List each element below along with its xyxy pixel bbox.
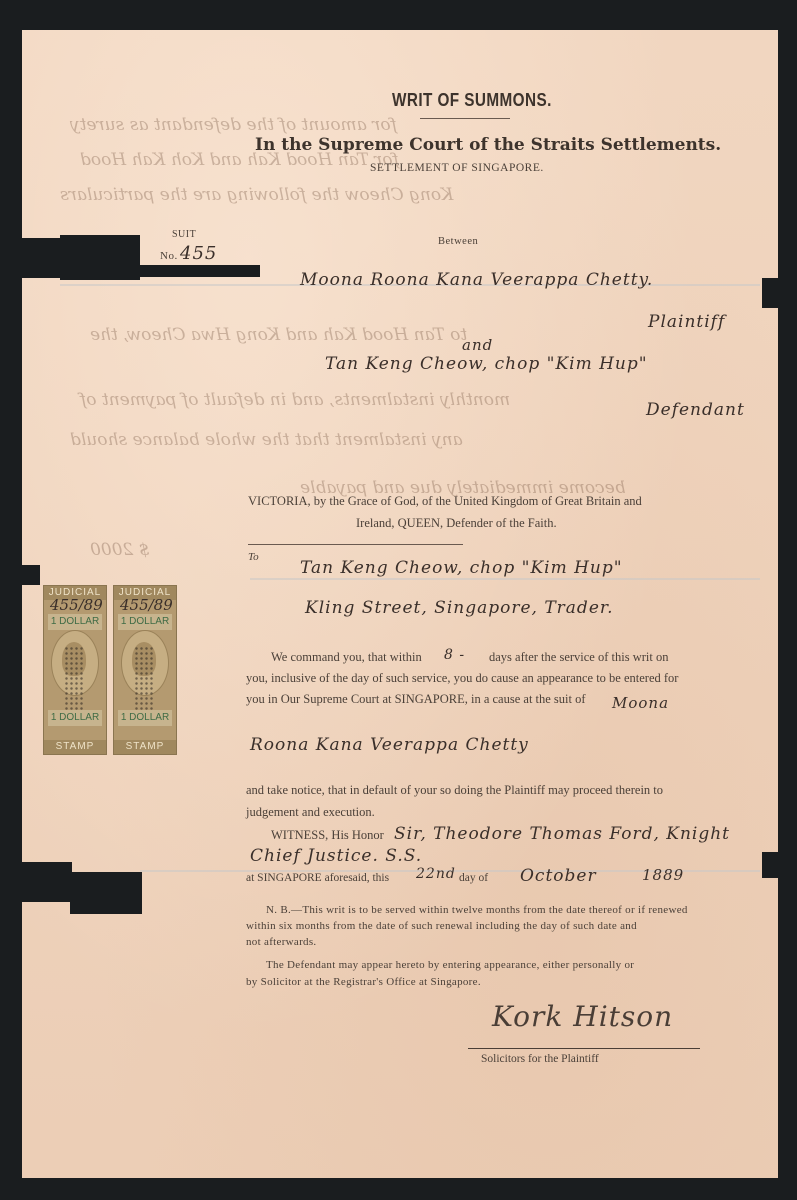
solicitors-label: Solicitors for the Plaintiff — [481, 1053, 599, 1065]
tear-right-lower — [762, 852, 782, 878]
command-text-line-3: you in Our Supreme Court at SINGAPORE, i… — [246, 692, 586, 707]
suitor-name-2: Roona Kana Veerappa Chetty — [250, 735, 529, 755]
tear-left-upper-3 — [140, 265, 260, 277]
stamp-value: 1 DOLLAR — [48, 710, 102, 726]
bleed-through-text: to Tan Hood Kah and Kong Hwa Cheow, the — [90, 325, 467, 345]
plaintiff-name: Moona Roona Kana Veerappa Chetty. — [300, 270, 653, 290]
appear-line-1: The Defendant may appear hereto by enter… — [266, 959, 634, 971]
court-heading: In the Supreme Court of the Straits Sett… — [255, 135, 721, 155]
command-text-1: We command you, that within — [271, 650, 422, 665]
between-label: Between — [438, 236, 478, 247]
bleed-through-text: $ 2000 — [90, 540, 149, 560]
defendant-label: Defendant — [646, 400, 745, 420]
victoria-line-1: VICTORIA, by the Grace of God, of the Un… — [248, 494, 642, 509]
tear-left-upper — [22, 238, 62, 278]
settlement-heading: SETTLEMENT OF SINGAPORE. — [370, 162, 544, 174]
nb-line-3: not afterwards. — [246, 936, 316, 948]
title-divider — [420, 118, 510, 119]
tear-right-upper — [762, 278, 782, 308]
day-of-label: day of — [459, 872, 488, 884]
command-text-2: days after the service of this writ on — [489, 650, 668, 665]
suitor-name-1: Moona — [612, 694, 669, 712]
judicial-stamp-1: JUDICIAL 1 DOLLAR 1 DOLLAR STAMP 455/89 — [43, 585, 107, 755]
suit-no-label: No. — [160, 250, 178, 262]
suit-label: SUIT — [172, 229, 196, 240]
stamp-annotation: 455/89 — [120, 596, 173, 614]
writ-title: WRIT OF SUMMONS. — [392, 90, 552, 111]
bleed-through-text: Kong Cheow the following are the particu… — [60, 185, 453, 205]
tear-left-mid — [22, 565, 40, 585]
to-address: Kling Street, Singapore, Trader. — [305, 598, 614, 618]
to-label: To — [248, 551, 259, 563]
year-value: 1889 — [642, 866, 684, 884]
witness-label: WITNESS, His Honor — [271, 828, 384, 843]
perforation-pattern — [134, 646, 154, 716]
stamp-annotation: 455/89 — [50, 596, 103, 614]
day-value: 22nd — [416, 866, 456, 882]
stamp-value: 1 DOLLAR — [48, 614, 102, 630]
stamp-bottom-label: STAMP — [44, 740, 106, 754]
and-label: and — [462, 336, 493, 354]
nb-line-1: N. B.—This writ is to be served within t… — [266, 904, 688, 916]
command-text-line-2: you, inclusive of the day of such servic… — [246, 671, 678, 686]
judicial-stamp-2: JUDICIAL 1 DOLLAR 1 DOLLAR STAMP 455/89 — [113, 585, 177, 755]
notice-line-1: and take notice, that in default of your… — [246, 783, 663, 798]
bleed-through-text: monthly instalments, and in default of p… — [80, 390, 510, 410]
tear-left-lower — [22, 862, 72, 902]
bleed-through-text: any instalment that the whole balance sh… — [70, 430, 463, 450]
stamp-value: 1 DOLLAR — [118, 614, 172, 630]
witness-name: Sir, Theodore Thomas Ford, Knight — [394, 824, 730, 844]
tear-left-lower-2 — [70, 872, 142, 914]
bleed-through-text: for amount of the defendant as surety — [70, 115, 397, 135]
month-value: October — [520, 866, 597, 886]
days-value: 8 - — [444, 647, 465, 663]
suit-number: 455 — [180, 243, 217, 264]
victoria-line-2: Ireland, QUEEN, Defender of the Faith. — [356, 516, 557, 531]
appear-line-2: by Solicitor at the Registrar's Office a… — [246, 976, 481, 988]
fold-line-mid — [250, 578, 760, 580]
nb-line-2: within six months from the date of such … — [246, 920, 637, 932]
witness-title: Chief Justice. S.S. — [250, 846, 422, 866]
stamp-value: 1 DOLLAR — [118, 710, 172, 726]
solicitor-signature: Kork Hitson — [492, 1000, 673, 1033]
defendant-name: Tan Keng Cheow, chop "Kim Hup" — [325, 354, 648, 374]
perforation-pattern — [64, 646, 84, 716]
signature-underline — [468, 1048, 700, 1049]
plaintiff-label: Plaintiff — [648, 312, 725, 332]
notice-line-2: judgement and execution. — [246, 805, 375, 820]
at-singapore-label: at SINGAPORE aforesaid, this — [246, 872, 389, 884]
victoria-divider — [248, 544, 463, 545]
tear-left-upper-2 — [60, 235, 140, 280]
stamp-bottom-label: STAMP — [114, 740, 176, 754]
to-name: Tan Keng Cheow, chop "Kim Hup" — [300, 558, 623, 578]
